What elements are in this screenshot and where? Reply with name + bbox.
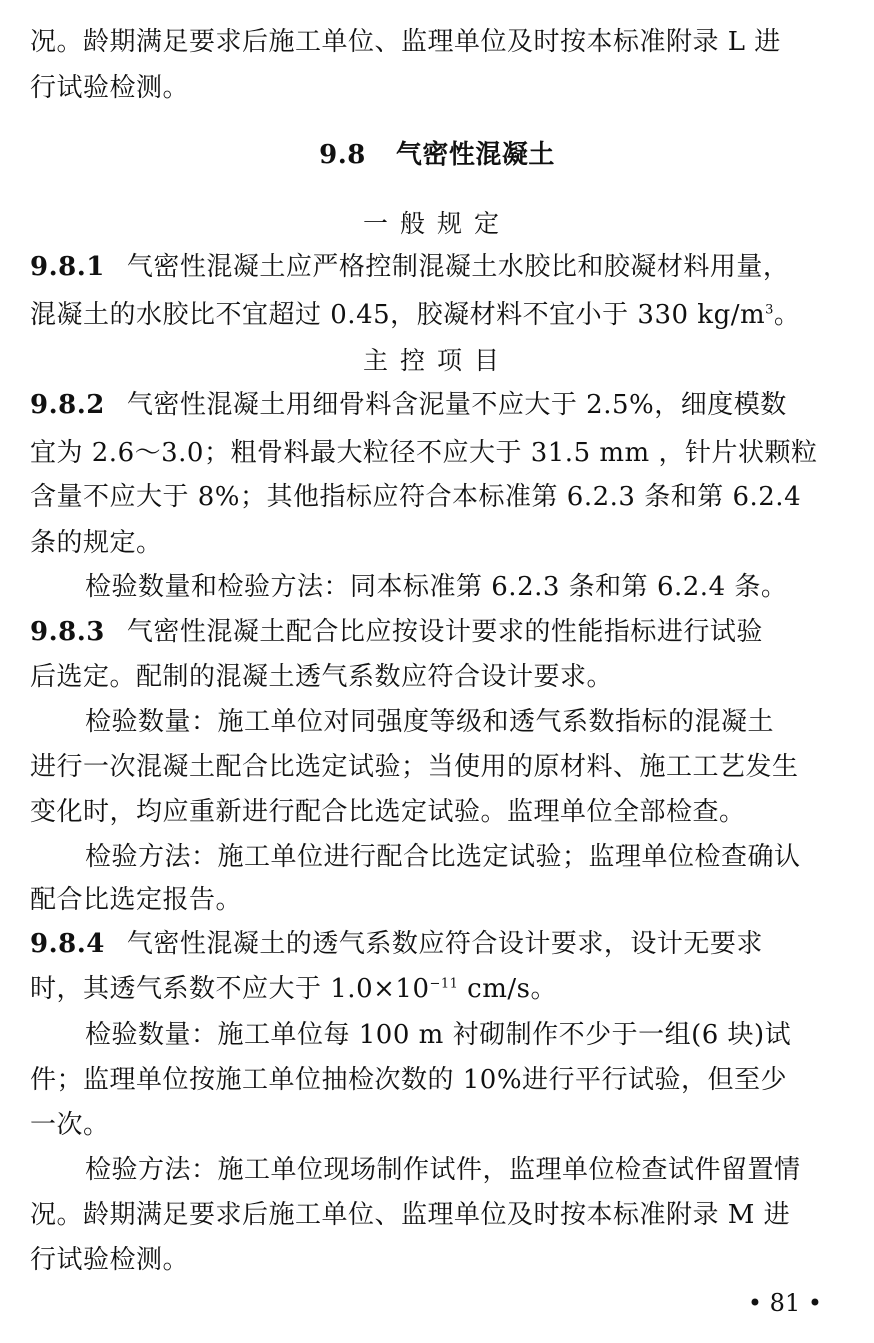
clause-9-8-1: 9.8.1气密性混凝土应严格控制混凝土水胶比和胶凝材料用量， [30,245,846,289]
body-text-line: 宜为 2.6～3.0；粗骨料最大粒径不应大于 31.5 mm ，针片状颗粒 [30,431,846,475]
body-text-line: 配合比选定报告。 [30,878,846,922]
clause-9-8-3: 9.8.3气密性混凝土配合比应按设计要求的性能指标进行试验 [30,610,846,654]
body-text-line: 件；监理单位按施工单位抽检次数的 10%进行平行试验，但至少 [30,1058,846,1102]
section-heading: 9.8气密性混凝土 [0,133,874,177]
body-text-line: 行试验检测。 [30,66,846,110]
clause-number: 9.8.1 [30,252,105,282]
clause-text: 气密性混凝土应严格控制混凝土水胶比和胶凝材料用量， [127,252,790,282]
text-span: cm/s。 [458,974,557,1004]
text-span: 。 [774,300,801,330]
body-text-line: 一次。 [30,1103,846,1147]
clause-text: 气密性混凝土的透气系数应符合设计要求，设计无要求 [127,929,763,959]
clause-9-8-2: 9.8.2气密性混凝土用细骨料含泥量不应大于 2.5%，细度模数 [30,383,846,427]
subheading-main-control: 主控项目 [0,339,874,383]
inspection-method: 检验方法：施工单位现场制作试件，监理单位检查试件留置情 [85,1148,846,1192]
inspection-quantity: 检验数量：施工单位对同强度等级和透气系数指标的混凝土 [85,700,846,744]
body-text-line: 况。龄期满足要求后施工单位、监理单位及时按本标准附录 M 进 [30,1193,846,1237]
text-span: 时，其透气系数不应大于 1.0×10 [30,974,429,1004]
body-text-line: 条的规定。 [30,521,846,565]
inspection-quantity: 检验数量：施工单位每 100 m 衬砌制作不少于一组(6 块)试 [85,1013,846,1057]
superscript: −11 [429,976,458,991]
subheading-general: 一般规定 [0,202,874,246]
clause-text: 气密性混凝土用细骨料含泥量不应大于 2.5%，细度模数 [127,390,787,420]
body-text-line: 行试验检测。 [30,1238,846,1282]
page-number: • 81 • [748,1283,822,1323]
superscript: 3 [765,302,774,317]
section-title: 气密性混凝土 [396,140,555,170]
body-text-line: 况。龄期满足要求后施工单位、监理单位及时按本标准附录 L 进 [30,20,846,64]
body-text-line: 含量不应大于 8%；其他指标应符合本标准第 6.2.3 条和第 6.2.4 [30,475,846,519]
inspection-method: 检验方法：施工单位进行配合比选定试验；监理单位检查确认 [85,835,846,879]
body-text-line: 进行一次混凝土配合比选定试验；当使用的原材料、施工工艺发生 [30,745,846,789]
body-text-line: 后选定。配制的混凝土透气系数应符合设计要求。 [30,655,846,699]
clause-number: 9.8.4 [30,929,105,959]
clause-number: 9.8.3 [30,617,105,647]
clause-text: 气密性混凝土配合比应按设计要求的性能指标进行试验 [127,617,763,647]
clause-9-8-4: 9.8.4气密性混凝土的透气系数应符合设计要求，设计无要求 [30,922,846,966]
body-text-line: 混凝土的水胶比不宜超过 0.45，胶凝材料不宜小于 330 kg/m3。 [30,293,846,337]
body-text-line: 时，其透气系数不应大于 1.0×10−11 cm/s。 [30,967,846,1011]
section-number: 9.8 [319,140,366,170]
inspection-text: 检验数量和检验方法：同本标准第 6.2.3 条和第 6.2.4 条。 [85,565,846,609]
text-span: 混凝土的水胶比不宜超过 0.45，胶凝材料不宜小于 330 kg/m [30,300,765,330]
body-text-line: 变化时，均应重新进行配合比选定试验。监理单位全部检查。 [30,790,846,834]
clause-number: 9.8.2 [30,390,105,420]
